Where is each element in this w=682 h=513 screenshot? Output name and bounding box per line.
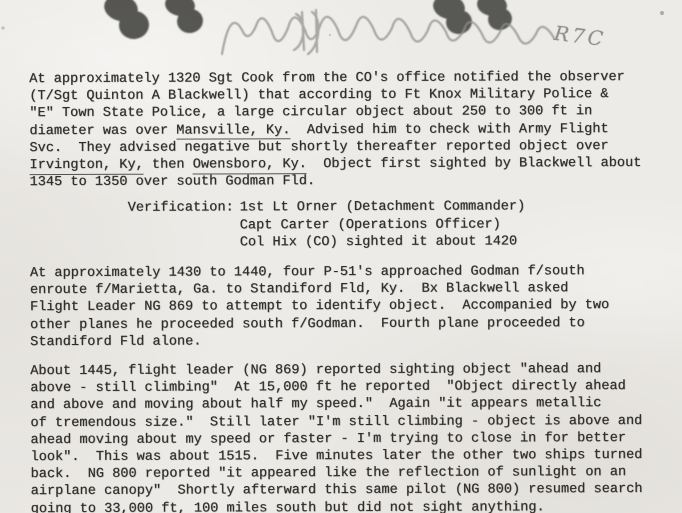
report-line: above - still climbing" At 15,000 ft he … bbox=[30, 378, 675, 397]
verification-name: 1st Lt Orner (Detachment Commander) bbox=[240, 199, 526, 217]
line-segment: diameter was over bbox=[29, 123, 176, 139]
paragraph-pursuit-account: About 1445, flight leader (NG 869) repor… bbox=[30, 361, 676, 513]
report-line: "E" Town State Police, a large circular … bbox=[29, 103, 674, 122]
report-line: of tremendous size." Still later "I'm st… bbox=[30, 413, 675, 432]
verification-name: Col Hix (CO) sighted it about 1420 bbox=[240, 233, 526, 251]
report-line: (T/Sgt Quinton A Blackwell) that accordi… bbox=[29, 86, 674, 105]
report-line: diameter was over Mansville, Ky. Advised… bbox=[29, 120, 674, 139]
paragraph-p51-intercept: At approximately 1430 to 1440, four P-51… bbox=[30, 263, 675, 351]
ink-blob-left bbox=[101, 0, 205, 41]
report-line: Svc. They advised negative but shortly t… bbox=[29, 138, 674, 157]
report-line: going to 33,000 ft, 100 miles south but … bbox=[31, 499, 676, 513]
scanned-document-page: R7C At approximately 1320 Sgt Cook from … bbox=[0, 0, 682, 513]
report-line: Flight Leader NG 869 to attempt to ident… bbox=[30, 297, 675, 316]
line-segment: then bbox=[144, 158, 193, 173]
verification-label: Verification: bbox=[128, 200, 240, 252]
report-line: At approximately 1430 to 1440, four P-51… bbox=[30, 263, 675, 282]
report-line: and above and moving about half my speed… bbox=[30, 395, 675, 414]
paragraph-initial-sighting: At approximately 1320 Sgt Cook from the … bbox=[29, 69, 674, 192]
report-line: Standiford Fld alone. bbox=[30, 332, 675, 351]
report-line: About 1445, flight leader (NG 869) repor… bbox=[30, 361, 675, 380]
report-line: airplane canopy" Shortly afterward this … bbox=[31, 481, 676, 500]
verification-block: Verification: 1st Lt Orner (Detachment C… bbox=[128, 198, 675, 252]
report-line: enroute f/Marietta, Ga. to Standiford Fl… bbox=[30, 280, 675, 299]
report-line: look". This was about 1515. Five minutes… bbox=[31, 447, 676, 466]
line-segment: Advised him to check with Army Flight bbox=[290, 122, 608, 138]
line-segment: Object first sighted by Blackwell about bbox=[307, 156, 642, 172]
report-line: Irvington, Ky, then Owensboro, Ky. Objec… bbox=[30, 155, 675, 174]
underlined-location-mansville: Mansville, Ky. bbox=[176, 123, 290, 140]
report-line: back. NG 800 reported "it appeared like … bbox=[31, 464, 676, 483]
underlined-location-irvington: Irvington, Ky, bbox=[30, 158, 144, 175]
ink-blob-right bbox=[431, 0, 514, 36]
verification-names: 1st Lt Orner (Detachment Commander) Capt… bbox=[240, 199, 526, 252]
report-line: ahead moving about my speed or faster - … bbox=[30, 430, 675, 449]
report-line: 1345 to 1350 over south Godman Fld. bbox=[30, 172, 675, 191]
report-line: At approximately 1320 Sgt Cook from the … bbox=[29, 69, 674, 88]
report-line: other planes he proceeded south f/Godman… bbox=[30, 315, 675, 334]
report-body: At approximately 1320 Sgt Cook from the … bbox=[29, 69, 676, 513]
verification-name: Capt Carter (Operations Officer) bbox=[240, 216, 526, 234]
underlined-location-owensboro: Owensboro, Ky. bbox=[193, 157, 307, 174]
